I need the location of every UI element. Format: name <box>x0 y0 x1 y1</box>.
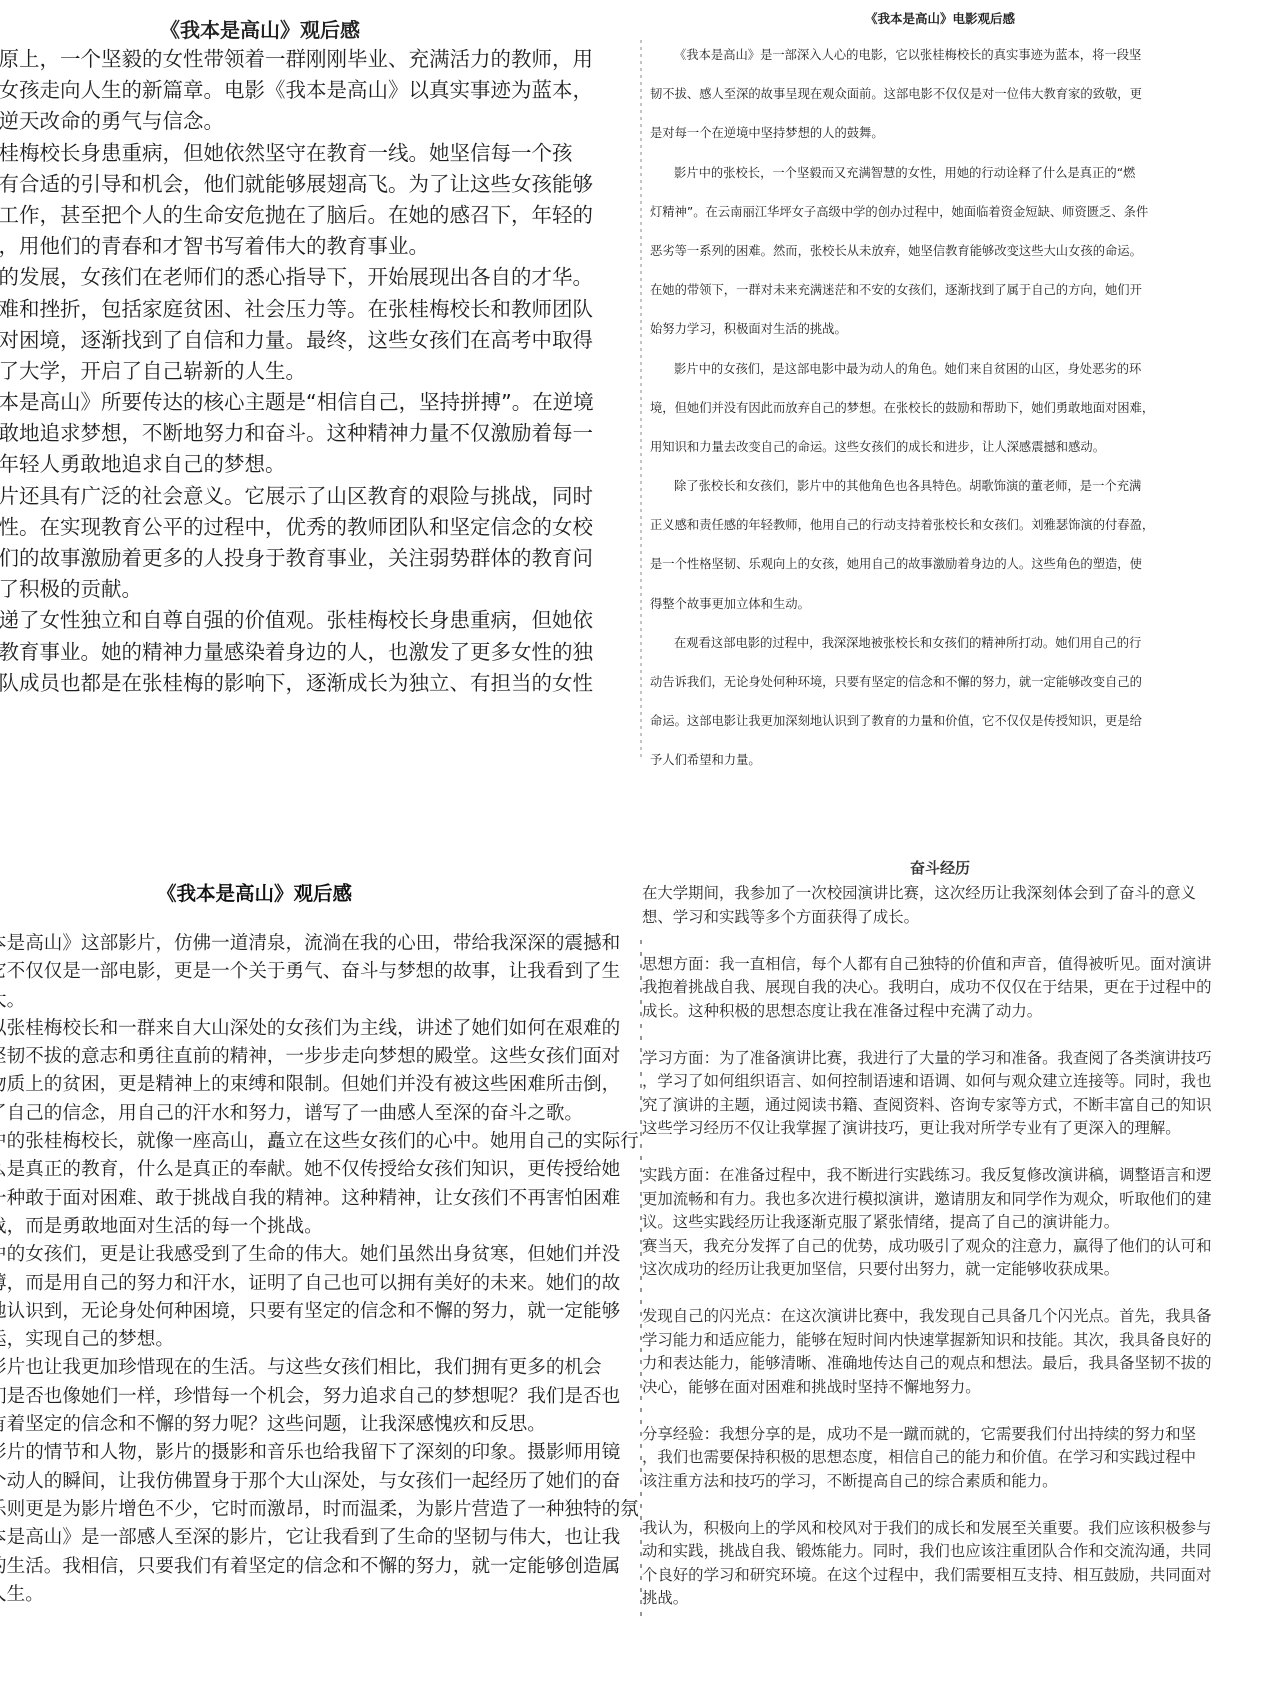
text-line: 的年轻人勇敢地追求自己的梦想。 <box>0 449 640 480</box>
paragraph-gap <box>642 1399 1280 1423</box>
text-line: 决心，能够在面对困难和挑战时坚持不懈地努力。 <box>642 1376 1280 1400</box>
text-line: 她们的故事激励着更多的人投身于教育事业，关注弱势群体的教育问 <box>0 543 640 574</box>
text-line: 想、学习和实践等多个方面获得了成长。 <box>642 906 1280 930</box>
text-line: 有着坚定的信念和不懈的努力呢？这些问题，让我深感愧疚和反思。 <box>0 1411 640 1439</box>
essay-title: 奋斗经历 <box>640 857 1240 878</box>
text-line: 战，而是勇敢地面对生活的每一个挑战。 <box>0 1213 640 1241</box>
text-line: 究了演讲的主题，通过阅读书籍、查阅资料、咨询专家等方式，不断丰富自己的知识 <box>642 1094 1280 1118</box>
text-line: 要有合适的引导和机会，他们就能够展翅高飞。为了让这些女孩能够 <box>0 169 640 200</box>
essay-body: 高原上，一个坚毅的女性带领着一群刚刚毕业、充满活力的教师，用个女孩走向人生的新篇… <box>0 44 640 699</box>
essay-body: 《我本是高山》是一部深入人心的电影，它以张桂梅校长的真实事迹为蓝本，将一段坚韧不… <box>650 46 1270 791</box>
text-line: 予人们希望和力量。 <box>650 751 1270 790</box>
text-line: 地工作，甚至把个人的生命安危抛在了脑后。在她的感召下，年轻的 <box>0 200 640 231</box>
text-line: 个女孩走向人生的新篇章。电影《我本是高山》以真实事迹为蓝本， <box>0 75 640 106</box>
text-line: 个动人的瞬间，让我仿佛置身于那个大山深处，与女孩们一起经历了她们的奋 <box>0 1468 640 1496</box>
text-line: 《我本是高山》是一部深入人心的电影，它以张桂梅校长的真实事迹为蓝本，将一段坚 <box>650 46 1270 85</box>
text-line: 学习方面：为了准备演讲比赛，我进行了大量的学习和准备。我查阅了各类演讲技巧 <box>642 1047 1280 1071</box>
text-line: 影片中的女孩们，是这部电影中最为动人的角色。她们来自贫困的山区，身处恶劣的环 <box>650 360 1270 399</box>
text-line: 我认为，积极向上的学风和校风对于我们的成长和发展至关重要。我们应该积极参与 <box>642 1517 1280 1541</box>
text-line: 实践方面：在准备过程中，我不断进行实践练习。我反复修改演讲稿，调整语言和逻 <box>642 1164 1280 1188</box>
text-line: 更加流畅和有力。我也多次进行模拟演讲，邀请朋友和同学作为观众，听取他们的建 <box>642 1188 1280 1212</box>
text-line: 们是否也像她们一样，珍惜每一个机会，努力追求自己的梦想呢？我们是否也 <box>0 1383 640 1411</box>
text-line: 思想方面：我一直相信，每个人都有自己独特的价值和声音，值得被听见。面对演讲 <box>642 953 1280 977</box>
text-line: 始努力学习，积极面对生活的挑战。 <box>650 320 1270 359</box>
text-line: 本是高山》是一部感人至深的影片，它让我看到了生命的坚韧与伟大，也让我 <box>0 1524 640 1552</box>
text-line: 要性。在实现教育公平的过程中，优秀的教师团队和坚定信念的女校 <box>0 512 640 543</box>
text-line: 议。这些实践经历让我逐渐克服了紧张情绪，提高了自己的演讲能力。 <box>642 1211 1280 1235</box>
page-edge-marker <box>640 40 642 760</box>
essay-title: 《我本是高山》观后感 <box>157 878 352 906</box>
text-line: 是对每一个在逆境中坚持梦想的人的鼓舞。 <box>650 124 1270 163</box>
text-line: 运，实现自己的梦想。 <box>0 1326 640 1354</box>
text-line: 在大学期间，我参加了一次校园演讲比赛，这次经历让我深刻体会到了奋斗的意义 <box>642 882 1280 906</box>
paragraph-gap <box>642 1282 1280 1306</box>
text-line: 得整个故事更加立体和生动。 <box>650 595 1270 634</box>
text-line: 这些学习经历不仅让我掌握了演讲技巧，更让我对所学专业有了更深入的理解。 <box>642 1117 1280 1141</box>
text-line: 我抱着挑战自我、展现自我的决心。我明白，成功不仅仅在于结果，更在于过程中的 <box>642 976 1280 1000</box>
text-line: 了自己的信念，用自己的汗水和努力，谱写了一曲感人至深的奋斗之歌。 <box>0 1100 640 1128</box>
text-line: 物质上的贫困，更是精神上的束缚和限制。但她们并没有被这些困难所击倒， <box>0 1071 640 1099</box>
text-line: 分享经验：我想分享的是，成功不是一蹴而就的，它需要我们付出持续的努力和坚 <box>642 1423 1280 1447</box>
text-line: ，学习了如何组织语言、如何控制语速和语调、如何与观众建立连接等。同时，我也 <box>642 1070 1280 1094</box>
text-line: 的生活。我相信，只要我们有着坚定的信念和不懈的努力，就一定能够创造属 <box>0 1553 640 1581</box>
text-line: 事的发展，女孩们在老师们的悉心指导下，开始展现出各自的才华。 <box>0 262 640 293</box>
text-line: 在她的带领下，一群对未来充满迷茫和不安的女孩们，逐渐找到了属于自己的方向，她们开 <box>650 281 1270 320</box>
text-line: 成长。这种积极的思想态度让我在准备过程中充满了动力。 <box>642 1000 1280 1024</box>
text-line: 是一个性格坚韧、乐观向上的女孩，她用自己的故事激励着身边的人。这些角色的塑造，使 <box>650 555 1270 594</box>
text-line: 在观看这部电影的过程中，我深深地被张校长和女孩们的精神所打动。她们用自己的行 <box>650 634 1270 673</box>
essay-panel-top-right: 《我本是高山》电影观后感 《我本是高山》是一部深入人心的电影，它以张桂梅校长的真… <box>640 0 1280 850</box>
text-line: 影片也让我更加珍惜现在的生活。与这些女孩们相比，我们拥有更多的机会 <box>0 1354 640 1382</box>
text-line: 传递了女性独立和自尊自强的价值观。张桂梅校长身患重病，但她依 <box>0 605 640 636</box>
text-line: 坚韧不拔的意志和勇往直前的精神，一步步走向梦想的殿堂。这些女孩们面对 <box>0 1043 640 1071</box>
text-line: 出了积极的贡献。 <box>0 574 640 605</box>
text-line: 动告诉我们，无论身处何种环境，只要有坚定的信念和不懈的努力，就一定能够改变自己的 <box>650 673 1270 712</box>
essay-body: 在大学期间，我参加了一次校园演讲比赛，这次经历让我深刻体会到了奋斗的意义想、学习… <box>642 882 1280 1611</box>
paragraph-gap <box>642 1141 1280 1165</box>
text-line: 大。 <box>0 987 640 1015</box>
text-line: 恶劣等一系列的困难。然而，张校长从未放弃，她坚信教育能够改变这些大山女孩的命运。 <box>650 242 1270 281</box>
text-line: 韧不拔、感人至深的故事呈现在观众面前。这部电影不仅仅是对一位伟大教育家的致敬，更 <box>650 85 1270 124</box>
text-line: 发现自己的闪光点：在这次演讲比赛中，我发现自己具备几个闪光点。首先，我具备 <box>642 1305 1280 1329</box>
text-line: 除了张校长和女孩们，影片中的其他角色也各具特色。胡歌饰演的董老师，是一个充满 <box>650 477 1270 516</box>
text-line: 乐则更是为影片增色不少，它时而激昂，时而温柔，为影片营造了一种独特的氛 <box>0 1496 640 1524</box>
text-line: 它不仅仅是一部电影，更是一个关于勇气、奋斗与梦想的故事，让我看到了生 <box>0 958 640 986</box>
text-line: 挑战。 <box>642 1587 1280 1611</box>
text-line: 张桂梅校长身患重病，但她依然坚守在教育一线。她坚信每一个孩 <box>0 138 640 169</box>
text-line: 用知识和力量去改变自己的命运。这些女孩们的成长和进步，让人深感震撼和感动。 <box>650 438 1270 477</box>
text-line: 影片的情节和人物，影片的摄影和音乐也给我留下了深刻的印象。摄影师用镜 <box>0 1439 640 1467</box>
text-line: 影片还具有广泛的社会意义。它展示了山区教育的艰险与挑战，同时 <box>0 481 640 512</box>
text-line: 入了大学，开启了自己崭新的人生。 <box>0 356 640 387</box>
essay-panel-top-left: 《我本是高山》观后感 高原上，一个坚毅的女性带领着一群刚刚毕业、充满活力的教师，… <box>0 0 640 790</box>
text-line: 中的张桂梅校长，就像一座高山，矗立在这些女孩们的心中。她用自己的实际行 <box>0 1128 640 1156</box>
text-line: 么是真正的教育，什么是真正的奉献。她不仅传授给女孩们知识，更传授给她 <box>0 1156 640 1184</box>
text-line: 地认识到，无论身处何种困境，只要有坚定的信念和不懈的努力，就一定能够 <box>0 1298 640 1326</box>
text-line: 本是高山》这部影片，仿佛一道清泉，流淌在我的心田，带给我深深的震撼和 <box>0 930 640 958</box>
text-line: 我本是高山》所要传达的核心主题是“相信自己，坚持拼搏”。在逆境 <box>0 387 640 418</box>
essay-panel-bottom-right: 奋斗经历 在大学期间，我参加了一次校园演讲比赛，这次经历让我深刻体会到了奋斗的意… <box>640 850 1280 1707</box>
text-line: 灯精神”。在云南丽江华坪女子高级中学的创办过程中，她面临着资金短缺、师资匮乏、条… <box>650 203 1270 242</box>
text-line: 境，但她们并没有因此而放弃自己的梦想。在张校长的鼓励和帮助下，她们勇敢地面对困难… <box>650 399 1270 438</box>
paragraph-gap <box>642 929 1280 953</box>
essay-title: 《我本是高山》电影观后感 <box>640 9 1240 27</box>
essay-body: 本是高山》这部影片，仿佛一道清泉，流淌在我的心田，带给我深深的震撼和它不仅仅是一… <box>0 930 640 1609</box>
text-line: 这次成功的经历让我更加坚信，只要付出努力，就一定能够收获成果。 <box>642 1258 1280 1282</box>
text-line: 中的女孩们，更是让我感受到了生命的伟大。她们虽然出身贫寒，但她们并没 <box>0 1241 640 1269</box>
paragraph-gap <box>642 1023 1280 1047</box>
text-line: 赛当天，我充分发挥了自己的优势，成功吸引了观众的注意力，赢得了他们的认可和 <box>642 1235 1280 1259</box>
text-line: 个良好的学习和研究环境。在这个过程中，我们需要相互支持、相互鼓励，共同面对 <box>642 1564 1280 1588</box>
text-line: 命运。这部电影让我更加深刻地认识到了教育的力量和价值，它不仅仅是传授知识，更是给 <box>650 712 1270 751</box>
text-line: 薄，而是用自己的努力和汗水，证明了自己也可以拥有美好的未来。她们的故 <box>0 1270 640 1298</box>
text-line: 力和表达能力，能够清晰、准确地传达自己的观点和想法。最后，我具备坚韧不拔的 <box>642 1352 1280 1376</box>
text-line: 该注重方法和技巧的学习，不断提高自己的综合素质和能力。 <box>642 1470 1280 1494</box>
text-line: 了逆天改命的勇气与信念。 <box>0 106 640 137</box>
text-line: 面对困境，逐渐找到了自信和力量。最终，这些女孩们在高考中取得 <box>0 325 640 356</box>
text-line: 出，用他们的青春和才智书写着伟大的教育事业。 <box>0 231 640 262</box>
text-line: 困难和挫折，包括家庭贫困、社会压力等。在张桂梅校长和教师团队 <box>0 294 640 325</box>
essay-title: 《我本是高山》观后感 <box>160 14 360 43</box>
text-line: ，我们也需要保持积极的思想态度，相信自己的能力和价值。在学习和实践过程中 <box>642 1446 1280 1470</box>
text-line: 区教育事业。她的精神力量感染着身边的人，也激发了更多女性的独 <box>0 637 640 668</box>
text-line: 学习能力和适应能力，能够在短时间内快速掌握新知识和技能。其次，我具备良好的 <box>642 1329 1280 1353</box>
text-line: 正义感和责任感的年轻教师，他用自己的行动支持着张校长和女孩们。刘雅瑟饰演的付春盈… <box>650 516 1270 555</box>
text-line: 以张桂梅校长和一群来自大山深处的女孩们为主线，讲述了她们如何在艰难的 <box>0 1015 640 1043</box>
essay-panel-bottom-left: 《我本是高山》观后感 本是高山》这部影片，仿佛一道清泉，流淌在我的心田，带给我深… <box>0 850 640 1707</box>
text-line: 勇敢地追求梦想，不断地努力和奋斗。这种精神力量不仅激励着每一 <box>0 418 640 449</box>
text-line: 人生。 <box>0 1581 640 1609</box>
text-line: 高原上，一个坚毅的女性带领着一群刚刚毕业、充满活力的教师，用 <box>0 44 640 75</box>
paragraph-gap <box>642 1493 1280 1517</box>
text-line: 一种敢于面对困难、敢于挑战自我的精神。这种精神，让女孩们不再害怕困难 <box>0 1185 640 1213</box>
text-line: 动和实践，挑战自我、锻炼能力。同时，我们也应该注重团队合作和交流沟通，共同 <box>642 1540 1280 1564</box>
text-line: 团队成员也都是在张桂梅的影响下，逐渐成长为独立、有担当的女性 <box>0 668 640 699</box>
text-line: 影片中的张校长，一个坚毅而又充满智慧的女性，用她的行动诠释了什么是真正的“燃 <box>650 164 1270 203</box>
